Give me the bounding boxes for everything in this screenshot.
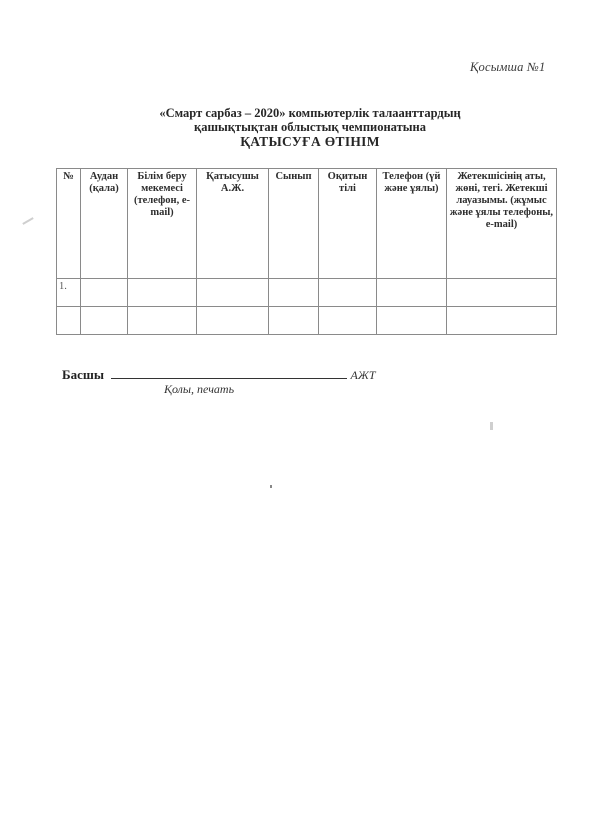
- cell-supervisor[interactable]: [447, 279, 557, 307]
- cell-language[interactable]: [319, 307, 377, 335]
- cell-district[interactable]: [81, 307, 128, 335]
- cell-phone[interactable]: [377, 307, 447, 335]
- table-header-row: № Аудан (қала) Білім беру мекемесі (теле…: [57, 169, 557, 279]
- title-line-3: ҚАТЫСУҒА ӨТІНІМ: [0, 134, 600, 150]
- cell-participant[interactable]: [197, 307, 269, 335]
- header-school: Білім беру мекемесі (телефон, e-mail): [128, 169, 197, 279]
- header-district: Аудан (қала): [81, 169, 128, 279]
- header-number: №: [57, 169, 81, 279]
- cell-number[interactable]: [57, 307, 81, 335]
- table-row: 1.: [57, 279, 557, 307]
- header-language: Оқитын тілі: [319, 169, 377, 279]
- signature-caption: Қолы, печать: [164, 382, 234, 397]
- cell-district[interactable]: [81, 279, 128, 307]
- cell-participant[interactable]: [197, 279, 269, 307]
- cell-grade[interactable]: [269, 279, 319, 307]
- cell-school[interactable]: [128, 279, 197, 307]
- cell-number[interactable]: 1.: [57, 279, 81, 307]
- signature-label: Басшы: [62, 367, 104, 382]
- appendix-label: Қосымша №1: [470, 60, 545, 75]
- document-title: «Смарт сарбаз – 2020» компьютерлік талаа…: [0, 107, 600, 150]
- cell-phone[interactable]: [377, 279, 447, 307]
- scan-mark: [490, 422, 493, 430]
- title-line-1: «Смарт сарбаз – 2020» компьютерлік талаа…: [0, 107, 600, 121]
- signature-suffix: АЖТ: [351, 368, 376, 382]
- header-phone: Телефон (үй және ұялы): [377, 169, 447, 279]
- cell-school[interactable]: [128, 307, 197, 335]
- scan-mark: [22, 217, 33, 225]
- header-supervisor: Жетекшісінің аты, жөні, тегі. Жетекші ла…: [447, 169, 557, 279]
- scan-mark: [270, 485, 272, 488]
- title-line-2: қашықтықтан облыстық чемпионатына: [0, 121, 600, 135]
- signature-field[interactable]: [111, 366, 347, 379]
- header-participant: Қатысушы А.Ж.: [197, 169, 269, 279]
- header-grade: Сынып: [269, 169, 319, 279]
- cell-supervisor[interactable]: [447, 307, 557, 335]
- table-row: [57, 307, 557, 335]
- cell-language[interactable]: [319, 279, 377, 307]
- signature-line: Басшы АЖТ: [62, 366, 376, 383]
- application-table: № Аудан (қала) Білім беру мекемесі (теле…: [56, 168, 557, 335]
- cell-grade[interactable]: [269, 307, 319, 335]
